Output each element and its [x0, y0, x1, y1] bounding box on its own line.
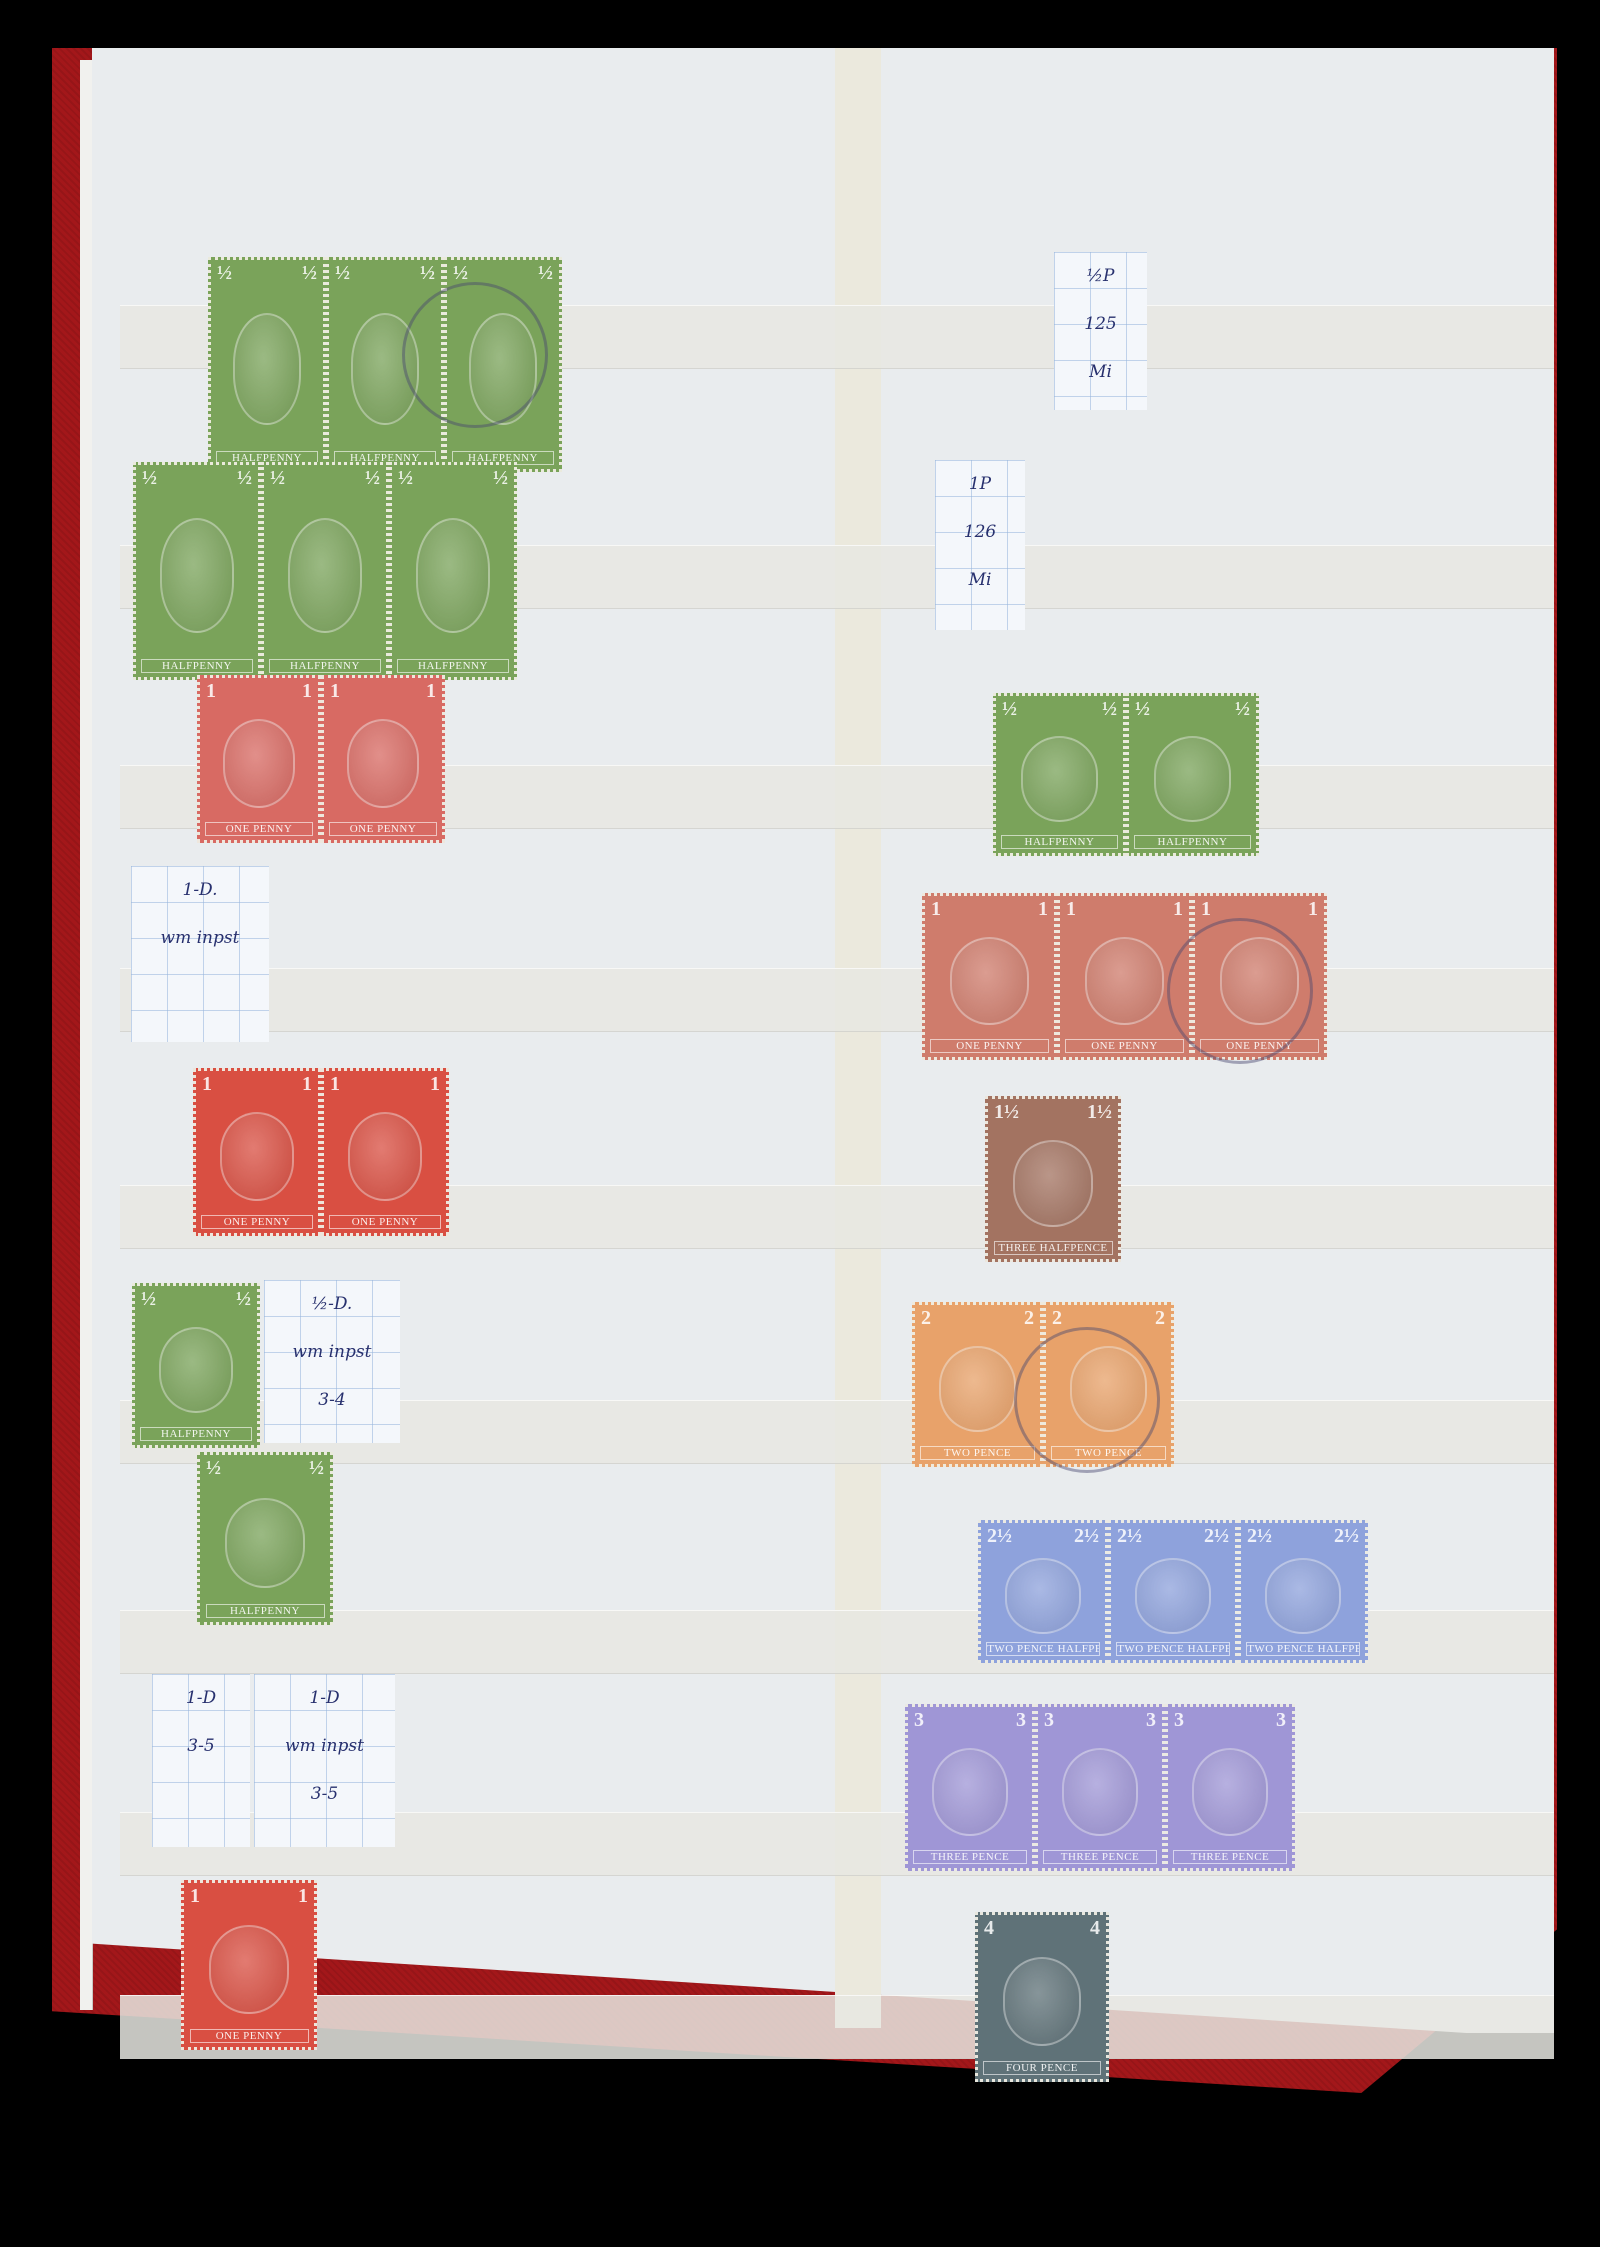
stamp-value: ½½: [1129, 696, 1256, 723]
king-portrait: [1003, 1957, 1081, 2046]
stamp-denomination-label: ONE PENNY: [329, 1215, 441, 1229]
stamp-value: 22: [1046, 1305, 1171, 1332]
stamp-strip-r5: 1½1½THREE HALFPENCE: [985, 1096, 1121, 1262]
stamp-value: ½½: [996, 696, 1123, 723]
king-portrait: [950, 937, 1029, 1025]
stamp-denomination-label: HALFPENNY: [140, 1427, 252, 1441]
stamp-denomination-label: THREE PENCE: [1173, 1850, 1287, 1864]
stamp-value: ½½: [211, 260, 323, 287]
stamp-denomination-label: TWO PENCE HALFPENNY: [986, 1642, 1100, 1656]
stamp-value: 11: [1195, 896, 1324, 923]
note-text: 3-4: [264, 1390, 400, 1410]
stamp-value: 1½1½: [988, 1099, 1118, 1126]
king-portrait: [233, 313, 302, 426]
stamp-two-pence[interactable]: 22TWO PENCE: [912, 1302, 1043, 1467]
stamp-three-halfpence[interactable]: 1½1½THREE HALFPENCE: [985, 1096, 1121, 1262]
stamp-three-pence[interactable]: 33THREE PENCE: [1165, 1704, 1295, 1871]
stockbook-strip: [120, 968, 1554, 1032]
king-portrait: [1192, 1748, 1268, 1836]
stamp-denomination-label: THREE PENCE: [913, 1850, 1027, 1864]
king-portrait: [347, 719, 419, 807]
stamp-value: ½½: [329, 260, 441, 287]
stamp-denomination-label: ONE PENNY: [205, 822, 313, 836]
stamp-denomination-label: HALFPENNY: [141, 659, 253, 673]
stamp-value: ½½: [136, 465, 258, 492]
note-text: 3-5: [152, 1736, 250, 1756]
handwritten-note-card: ½-D.wm inpst3-4: [264, 1280, 400, 1443]
stamp-value: 2½2½: [1111, 1523, 1235, 1550]
stamp-value: 44: [978, 1915, 1106, 1942]
king-portrait: [932, 1748, 1008, 1836]
note-text: 1P: [935, 474, 1025, 494]
stamp-four-pence[interactable]: 44FOUR PENCE: [975, 1912, 1109, 2082]
king-portrait: [1062, 1748, 1138, 1836]
stamp-denomination-label: HALFPENNY: [269, 659, 381, 673]
note-text: 1-D: [152, 1688, 250, 1708]
stamp-denomination-label: ONE PENNY: [1065, 1039, 1183, 1053]
stamp-denomination-label: ONE PENNY: [329, 822, 437, 836]
stamp-value: 11: [324, 1071, 446, 1098]
stamp-value: 2½2½: [981, 1523, 1105, 1550]
stamp-strip-r4: 11ONE PENNY11ONE PENNY11ONE PENNY: [922, 893, 1327, 1060]
stamp-halfpenny[interactable]: ½½HALFPENNY: [133, 462, 261, 680]
stamp-value: 11: [1060, 896, 1189, 923]
stamp-two-pence-halfpenny[interactable]: 2½2½TWO PENCE HALFPENNY: [1238, 1520, 1368, 1663]
stamp-two-pence[interactable]: 22TWO PENCE: [1043, 1302, 1174, 1467]
handwritten-note-card: 1-D3-5: [152, 1674, 250, 1847]
stamp-value: ½½: [392, 465, 514, 492]
stamp-halfpenny[interactable]: ½½HALFPENNY: [197, 1452, 333, 1625]
stamp-denomination-label: TWO PENCE: [1051, 1446, 1166, 1460]
stamp-denomination-label: HALFPENNY: [397, 659, 509, 673]
stamp-denomination-label: HALFPENNY: [1001, 835, 1117, 849]
stamp-one-penny[interactable]: 11ONE PENNY: [181, 1880, 317, 2050]
stamp-halfpenny[interactable]: ½½HALFPENNY: [993, 693, 1126, 856]
king-portrait: [348, 1112, 423, 1200]
stamp-value: 22: [915, 1305, 1040, 1332]
king-portrait: [1135, 1558, 1211, 1633]
stamp-denomination-label: THREE HALFPENCE: [994, 1241, 1113, 1255]
stamp-value: 2½2½: [1241, 1523, 1365, 1550]
stamp-one-penny[interactable]: 11ONE PENNY: [1192, 893, 1327, 1060]
stamp-denomination-label: ONE PENNY: [201, 1215, 313, 1229]
note-text: wm inpst: [264, 1342, 400, 1362]
stamp-halfpenny[interactable]: ½½HALFPENNY: [326, 257, 444, 472]
stamp-two-pence-halfpenny[interactable]: 2½2½TWO PENCE HALFPENNY: [1108, 1520, 1238, 1663]
king-portrait: [220, 1112, 295, 1200]
king-portrait: [1085, 937, 1164, 1025]
stamp-denomination-label: TWO PENCE: [920, 1446, 1035, 1460]
king-portrait: [416, 518, 491, 632]
stamp-halfpenny[interactable]: ½½HALFPENNY: [132, 1283, 260, 1448]
stamp-denomination-label: FOUR PENCE: [983, 2061, 1100, 2075]
stamp-denomination-label: HALFPENNY: [1134, 835, 1250, 849]
king-portrait: [225, 1498, 304, 1589]
stamp-one-penny[interactable]: 11ONE PENNY: [922, 893, 1057, 1060]
stamp-strip-l5: 11ONE PENNY11ONE PENNY: [193, 1068, 449, 1236]
stamp-value: 11: [196, 1071, 318, 1098]
stamp-halfpenny[interactable]: ½½HALFPENNY: [261, 462, 389, 680]
stamp-denomination-label: ONE PENNY: [190, 2029, 309, 2043]
handwritten-note-card: 1-D.wm inpst: [131, 866, 269, 1042]
stamp-strip-l6: ½½HALFPENNY: [132, 1283, 260, 1448]
stamp-two-pence-halfpenny[interactable]: 2½2½TWO PENCE HALFPENNY: [978, 1520, 1108, 1663]
stamp-value: ½½: [264, 465, 386, 492]
handwritten-note-card: 1-Dwm inpst3-5: [254, 1674, 395, 1847]
stamp-strip-l9: 11ONE PENNY: [181, 1880, 317, 2050]
stamp-strip-l7: ½½HALFPENNY: [197, 1452, 333, 1625]
king-portrait: [288, 518, 363, 632]
stamp-strip-r9: 44FOUR PENCE: [975, 1912, 1109, 2082]
stamp-halfpenny[interactable]: ½½HALFPENNY: [1126, 693, 1259, 856]
stamp-halfpenny[interactable]: ½½HALFPENNY: [208, 257, 326, 472]
stamp-value: ½½: [447, 260, 559, 287]
stamp-value: 33: [908, 1707, 1032, 1734]
stamp-strip-r8: 33THREE PENCE33THREE PENCE33THREE PENCE: [905, 1704, 1295, 1871]
stamp-strip-l2: ½½HALFPENNY½½HALFPENNY½½HALFPENNY: [133, 462, 517, 680]
stamp-value: 33: [1038, 1707, 1162, 1734]
stockbook-strip: [120, 1995, 1554, 2059]
stamp-value: 33: [1168, 1707, 1292, 1734]
king-portrait: [1070, 1346, 1147, 1433]
stamp-one-penny[interactable]: 11ONE PENNY: [197, 675, 321, 843]
stamp-strip-r3: ½½HALFPENNY½½HALFPENNY: [993, 693, 1259, 856]
king-portrait: [160, 518, 235, 632]
stamp-three-pence[interactable]: 33THREE PENCE: [1035, 1704, 1165, 1871]
stamp-halfpenny[interactable]: ½½HALFPENNY: [389, 462, 517, 680]
handwritten-note-card: 1P126Mi: [935, 460, 1025, 630]
king-portrait: [1005, 1558, 1081, 1633]
stamp-value: 11: [925, 896, 1054, 923]
king-portrait: [1013, 1140, 1092, 1227]
note-text: ½-D.: [264, 1294, 400, 1314]
king-portrait: [159, 1327, 234, 1414]
king-portrait: [939, 1346, 1016, 1433]
stamp-strip-l3: 11ONE PENNY11ONE PENNY: [197, 675, 445, 843]
note-text: wm inpst: [254, 1736, 395, 1756]
stamp-denomination-label: THREE PENCE: [1043, 1850, 1157, 1864]
note-text: 1-D: [254, 1688, 395, 1708]
stamp-value: 11: [324, 678, 442, 705]
king-portrait: [469, 313, 538, 426]
handwritten-note-card: ½P125Mi: [1054, 252, 1147, 410]
stamp-denomination-label: ONE PENNY: [1200, 1039, 1318, 1053]
stamp-one-penny[interactable]: 11ONE PENNY: [321, 1068, 449, 1236]
king-portrait: [209, 1925, 288, 2014]
king-portrait: [1220, 937, 1299, 1025]
note-text: Mi: [1054, 362, 1147, 382]
stamp-halfpenny[interactable]: ½½HALFPENNY: [444, 257, 562, 472]
stamp-value: ½½: [200, 1455, 330, 1482]
stamp-strip-l1: ½½HALFPENNY½½HALFPENNY½½HALFPENNY: [208, 257, 562, 472]
page-edge: [80, 60, 93, 2010]
note-text: Mi: [935, 570, 1025, 590]
note-text: wm inpst: [131, 928, 269, 948]
stamp-strip-r7: 2½2½TWO PENCE HALFPENNY2½2½TWO PENCE HAL…: [978, 1520, 1368, 1663]
king-portrait: [1154, 736, 1232, 822]
stamp-value: 11: [200, 678, 318, 705]
king-portrait: [1265, 1558, 1341, 1633]
king-portrait: [351, 313, 420, 426]
king-portrait: [1021, 736, 1099, 822]
stamp-one-penny[interactable]: 11ONE PENNY: [1057, 893, 1192, 1060]
king-portrait: [223, 719, 295, 807]
note-text: 125: [1054, 314, 1147, 334]
stamp-denomination-label: TWO PENCE HALFPENNY: [1116, 1642, 1230, 1656]
stamp-one-penny[interactable]: 11ONE PENNY: [193, 1068, 321, 1236]
note-text: 1-D.: [131, 880, 269, 900]
stamp-strip-r6: 22TWO PENCE22TWO PENCE: [912, 1302, 1174, 1467]
stamp-value: 11: [184, 1883, 314, 1910]
stamp-value: ½½: [135, 1286, 257, 1313]
stamp-denomination-label: ONE PENNY: [930, 1039, 1048, 1053]
stamp-denomination-label: HALFPENNY: [206, 1604, 325, 1618]
note-text: ½P: [1054, 266, 1147, 286]
stamp-three-pence[interactable]: 33THREE PENCE: [905, 1704, 1035, 1871]
stamp-one-penny[interactable]: 11ONE PENNY: [321, 675, 445, 843]
note-text: 126: [935, 522, 1025, 542]
stamp-denomination-label: TWO PENCE HALFPENNY: [1246, 1642, 1360, 1656]
note-text: 3-5: [254, 1784, 395, 1804]
